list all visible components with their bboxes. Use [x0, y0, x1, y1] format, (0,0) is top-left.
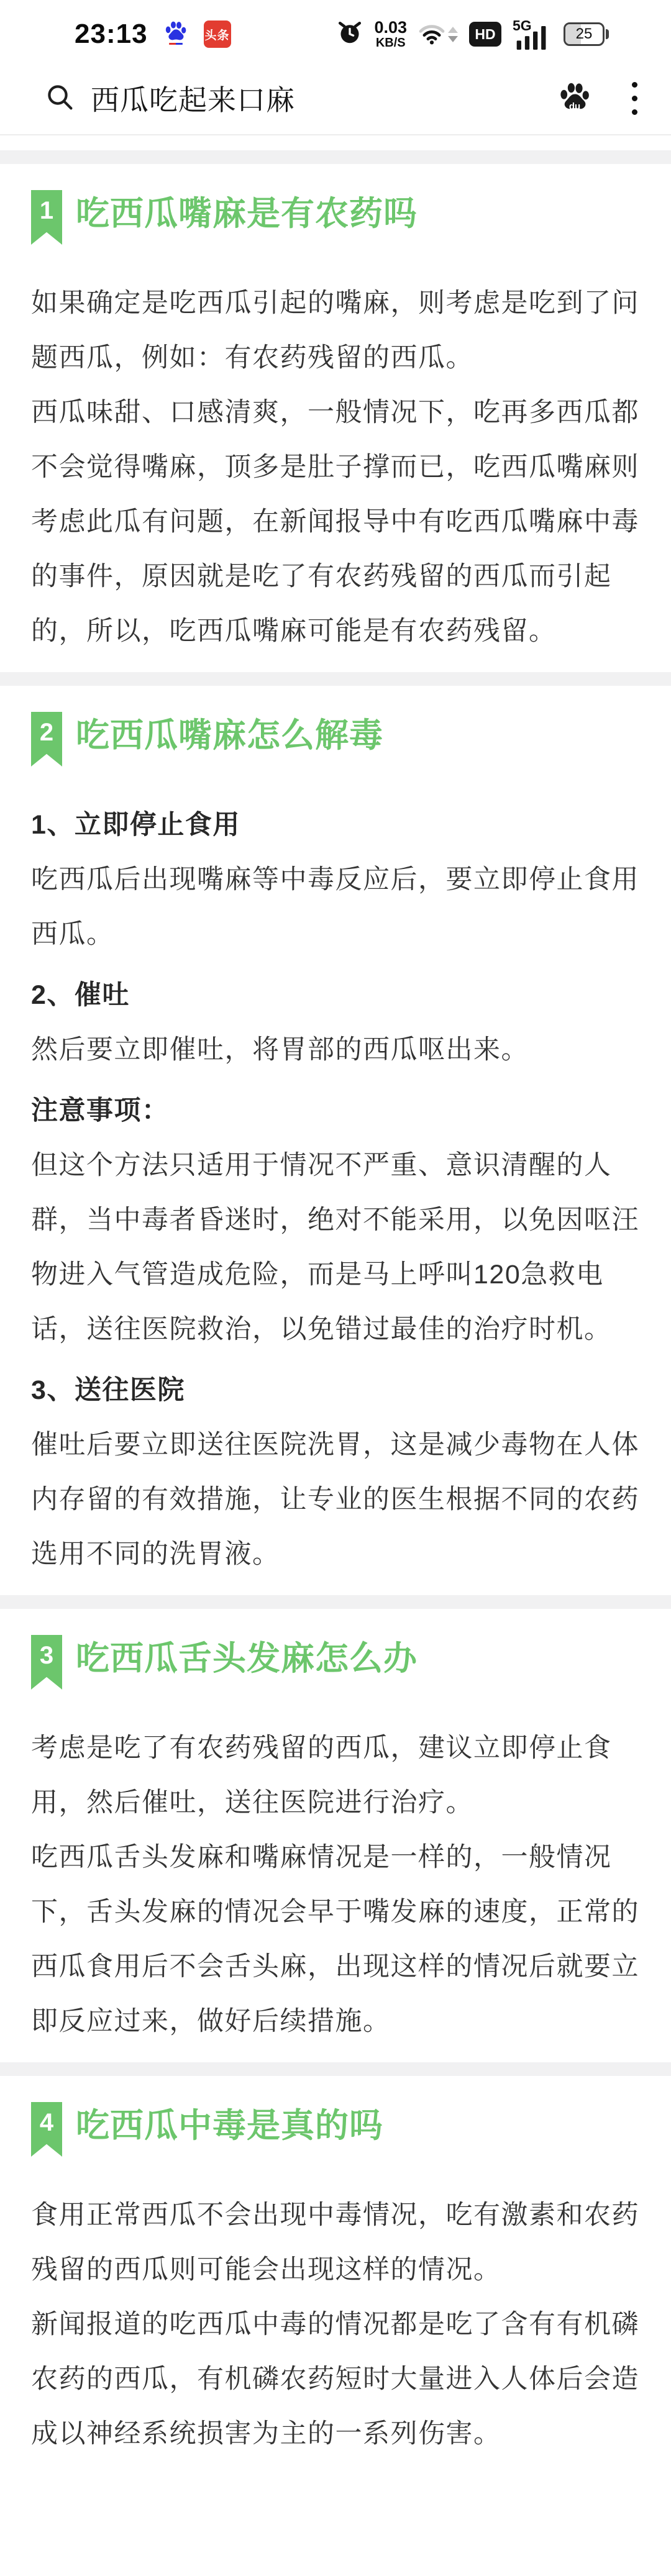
battery-percent: 25 [576, 25, 593, 43]
more-menu-button[interactable] [628, 78, 641, 119]
paragraph: 西瓜味甜、口感清爽，一般情况下，吃再多西瓜都不会觉得嘴麻，顶多是肚子撑而已，吃西… [31, 385, 640, 658]
section-number-ribbon: 3 [31, 1635, 62, 1690]
article-section-4: 4 吃西瓜中毒是真的吗 食用正常西瓜不会出现中毒情况，吃有激素和农药残留的西瓜则… [31, 2102, 640, 2461]
section-number-ribbon: 2 [31, 712, 62, 767]
paragraph: 但这个方法只适用于情况不严重、意识清醒的人群，当中毒者昏迷时，绝对不能采用，以免… [31, 1138, 640, 1357]
step-heading: 3、送往医院 [31, 1363, 640, 1418]
status-bar: 23:13 头条 0.03 KB/ [0, 0, 671, 62]
search-icon [45, 82, 75, 115]
section-header: 3 吃西瓜舌头发麻怎么办 [31, 1635, 640, 1691]
toutiao-app-icon: 头条 [204, 20, 231, 48]
section-title: 吃西瓜嘴麻怎么解毒 [76, 712, 383, 759]
section-header: 4 吃西瓜中毒是真的吗 [31, 2102, 640, 2158]
paragraph: 如果确定是吃西瓜引起的嘴麻，则考虑是吃到了问题西瓜，例如：有农药残留的西瓜。 [31, 276, 640, 385]
signal-5g-icon: 5G [513, 19, 552, 50]
wifi-updown-arrows [448, 27, 458, 42]
section-divider [0, 2062, 671, 2076]
section-number-ribbon: 4 [31, 2102, 62, 2157]
paragraph: 催吐后要立即送往医院洗胃，这是减少毒物在人体内存留的有效措施，让专业的医生根据不… [31, 1418, 640, 1582]
wifi-icon [418, 23, 458, 45]
alarm-icon [337, 20, 363, 49]
section-header: 2 吃西瓜嘴麻怎么解毒 [31, 712, 640, 768]
paragraph: 吃西瓜后出现嘴麻等中毒反应后，要立即停止食用西瓜。 [31, 852, 640, 962]
step-heading: 1、立即停止食用 [31, 798, 640, 852]
article-section-1: 1 吃西瓜嘴麻是有农药吗 如果确定是吃西瓜引起的嘴麻，则考虑是吃到了问题西瓜，例… [31, 190, 640, 658]
paragraph: 食用正常西瓜不会出现中毒情况，吃有激素和农药残留的西瓜则可能会出现这样的情况。 [31, 2188, 640, 2297]
article-content: 1 吃西瓜嘴麻是有农药吗 如果确定是吃西瓜引起的嘴麻，则考虑是吃到了问题西瓜，例… [0, 190, 671, 2461]
paragraph: 新闻报道的吃西瓜中毒的情况都是吃了含有有机磷农药的西瓜，有机磷农药短时大量进入人… [31, 2297, 640, 2461]
spacer [0, 135, 671, 150]
section-divider [0, 1595, 671, 1609]
paragraph: 考虑是吃了有农药残留的西瓜，建议立即停止食用，然后催吐，送往医院进行治疗。 [31, 1721, 640, 1830]
search-bar[interactable]: 西瓜吃起来口麻 du [0, 62, 671, 135]
section-divider [0, 672, 671, 686]
section-divider [0, 150, 671, 164]
network-speed: 0.03 KB/S [374, 19, 407, 49]
search-query-text[interactable]: 西瓜吃起来口麻 [91, 78, 295, 119]
hd-badge: HD [469, 22, 501, 47]
step-heading: 2、催吐 [31, 968, 640, 1022]
article-section-3: 3 吃西瓜舌头发麻怎么办 考虑是吃了有农药残留的西瓜，建议立即停止食用，然后催吐… [31, 1635, 640, 2049]
section-title: 吃西瓜嘴麻是有农药吗 [76, 190, 418, 237]
section-title: 吃西瓜中毒是真的吗 [76, 2102, 383, 2149]
step-heading: 注意事项： [31, 1083, 640, 1138]
section-title: 吃西瓜舌头发麻怎么办 [76, 1635, 418, 1682]
section-number-ribbon: 1 [31, 190, 62, 245]
status-time: 23:13 [75, 19, 148, 50]
baidu-paw-button[interactable]: du [557, 81, 592, 116]
battery-indicator: 25 [564, 22, 609, 46]
article-section-2: 2 吃西瓜嘴麻怎么解毒 1、立即停止食用 吃西瓜后出现嘴麻等中毒反应后，要立即停… [31, 712, 640, 1582]
baidu-app-icon [163, 20, 189, 48]
paragraph: 然后要立即催吐，将胃部的西瓜呕出来。 [31, 1022, 640, 1077]
paragraph: 吃西瓜舌头发麻和嘴麻情况是一样的，一般情况下，舌头发麻的情况会早于嘴发麻的速度，… [31, 1830, 640, 2049]
section-header: 1 吃西瓜嘴麻是有农药吗 [31, 190, 640, 246]
